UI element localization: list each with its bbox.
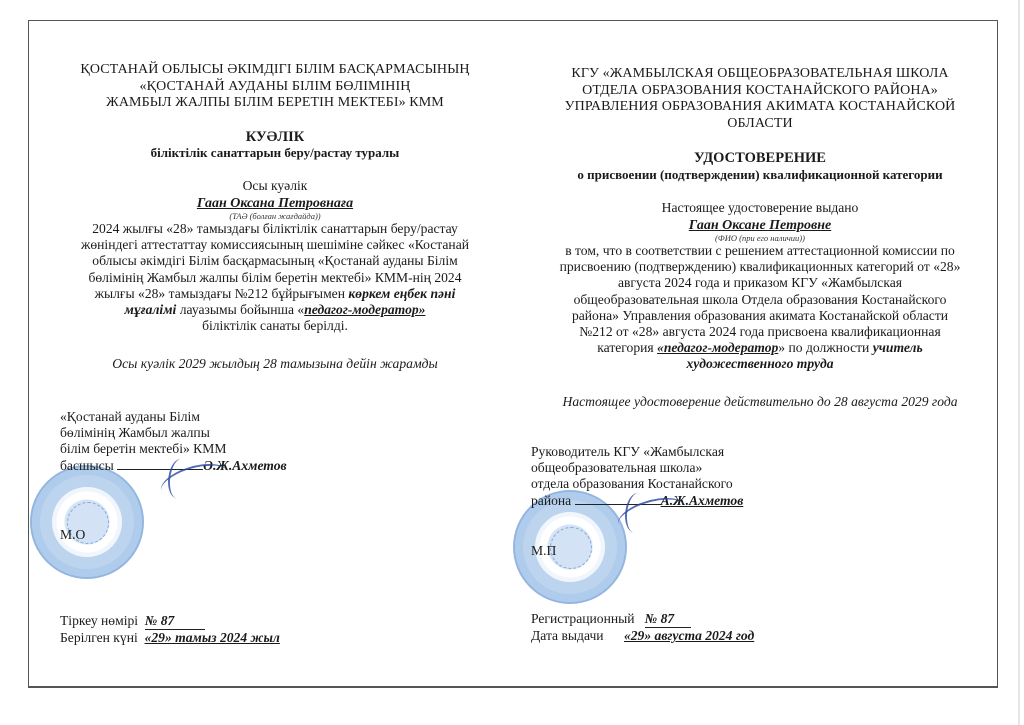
holder-name: Гаан Оксане Петровне xyxy=(689,218,831,233)
certificate-title: УДОСТОВЕРЕНИЕ xyxy=(525,150,995,167)
reg-number: № 87 xyxy=(145,613,205,630)
body-line: жөніндегі аттестаттау комиссиясының шеші… xyxy=(40,237,510,253)
body-line: бөлімінің Жамбыл жалпы білім беретін мек… xyxy=(40,270,510,286)
body-line: общеобразовательная школа Отдела образов… xyxy=(525,292,995,308)
body-line: мұғалімі лауазымы бойынша «педагог-модер… xyxy=(40,302,510,318)
body-line: августа 2024 года и приказом КГУ «Жамбыл… xyxy=(525,275,995,291)
order-text: жылғы «28» тамыздағы №212 бұйрығымен xyxy=(95,286,349,301)
name-note: (ФИО (при его наличии)) xyxy=(525,233,995,243)
body-line: в том, что в соответствии с решением атт… xyxy=(525,243,995,259)
official-stamp xyxy=(30,465,144,579)
body-line: №212 от «28» августа 2024 года присвоена… xyxy=(525,324,995,340)
signatory-line: отдела образования Костанайского xyxy=(531,476,851,492)
position-text: көркем еңбек пәні xyxy=(348,286,455,301)
position-text: учитель xyxy=(873,340,923,355)
certificate-subtitle: біліктілік санаттарын беру/растау туралы xyxy=(40,145,510,161)
signatory-role: басшысы xyxy=(60,458,114,473)
header-line: ЖАМБЫЛ ЖАЛПЫ БІЛІМ БЕРЕТІН МЕКТЕБІ» КММ xyxy=(40,95,510,112)
registration-block: Регистрационный № 87 Дата выдачи «29» ав… xyxy=(531,611,871,644)
name-note: (ТАӘ (болған жағдайда)) xyxy=(40,211,510,221)
body-line: 2024 жылғы «28» тамыздағы біліктілік сан… xyxy=(40,221,510,237)
certificate-body: в том, что в соответствии с решением атт… xyxy=(525,243,995,373)
signatory-line: «Қостанай ауданы Білім xyxy=(60,409,380,425)
issued-to-label: Осы куәлік xyxy=(40,178,510,194)
signatory-role: района xyxy=(531,493,571,508)
reg-number: № 87 xyxy=(645,611,691,628)
header-line: ҚОСТАНАЙ ОБЛЫСЫ ӘКІМДІГІ БІЛІМ БАСҚАРМАС… xyxy=(40,62,510,79)
header-line: «ҚОСТАНАЙ АУДАНЫ БІЛІМ БӨЛІМІНІҢ xyxy=(40,79,510,96)
body-line: присвоению (подтверждению) квалификацион… xyxy=(525,259,995,275)
position-text: мұғалімі xyxy=(125,302,177,317)
validity-text: Настоящее удостоверение действительно до… xyxy=(525,394,995,410)
body-line: категория «педагог-модератор» по должнос… xyxy=(525,340,995,356)
position-text: художественного труда xyxy=(525,356,995,372)
signatory-line: Руководитель КГУ «Жамбылская xyxy=(531,444,851,460)
date-label: Дата выдачи xyxy=(531,628,604,643)
body-line: жылғы «28» тамыздағы №212 бұйрығымен көр… xyxy=(40,286,510,302)
header-line: УПРАВЛЕНИЯ ОБРАЗОВАНИЯ АКИМАТА КОСТАНАЙС… xyxy=(525,99,995,116)
body-line: облысы әкімдігі Білім басқармасының «Қос… xyxy=(40,253,510,269)
issue-date: «29» августа 2024 год xyxy=(624,628,754,643)
category-text: «педагог-модератор xyxy=(657,340,778,355)
issuer-header: ҚОСТАНАЙ ОБЛЫСЫ ӘКІМДІГІ БІЛІМ БАСҚАРМАС… xyxy=(40,62,510,112)
date-label: Берілген күні xyxy=(60,630,138,645)
reg-label: Регистрационный xyxy=(531,611,635,626)
certificate-body: 2024 жылғы «28» тамыздағы біліктілік сан… xyxy=(40,221,510,334)
header-line: ОТДЕЛА ОБРАЗОВАНИЯ КОСТАНАЙСКОГО РАЙОНА» xyxy=(525,83,995,100)
issuer-header: КГУ «ЖАМБЫЛСКАЯ ОБЩЕОБРАЗОВАТЕЛЬНАЯ ШКОЛ… xyxy=(525,66,995,132)
body-line: біліктілік санаты берілді. xyxy=(40,318,510,334)
validity-text: Осы куәлік 2029 жылдың 28 тамызына дейін… xyxy=(40,356,510,372)
signatory-line: білім беретін мектебі» КММ xyxy=(60,441,380,457)
issued-to-label: Настоящее удостоверение выдано xyxy=(525,200,995,216)
signatory-line: бөлімінің Жамбыл жалпы xyxy=(60,425,380,441)
scan-edge xyxy=(1018,0,1020,725)
header-line: ОБЛАСТИ xyxy=(525,116,995,133)
seal-label: М.О xyxy=(60,527,85,543)
body-line: района» Управления образования акимата К… xyxy=(525,308,995,324)
category-prefix: категория xyxy=(597,340,657,355)
registration-block: Тіркеу нөмірі № 87 Берілген күні «29» та… xyxy=(60,613,380,646)
header-line: КГУ «ЖАМБЫЛСКАЯ ОБЩЕОБРАЗОВАТЕЛЬНАЯ ШКОЛ… xyxy=(525,66,995,83)
seal-label: М.П xyxy=(531,543,556,559)
certificate-title: КУӘЛІК xyxy=(40,129,510,146)
issue-date: «29» тамыз 2024 жыл xyxy=(145,630,280,645)
category-suffix: » по должности xyxy=(778,340,872,355)
signatory-line: общеобразовательная школа» xyxy=(531,460,851,476)
holder-name: Гаан Оксана Петровнаға xyxy=(197,196,353,211)
reg-label: Тіркеу нөмірі xyxy=(60,613,138,628)
position-suffix: лауазымы бойынша « xyxy=(176,302,304,317)
certificate-subtitle: о присвоении (подтверждении) квалификаци… xyxy=(525,167,995,183)
signatory-block: Руководитель КГУ «Жамбылская общеобразов… xyxy=(531,444,851,509)
category-text: педагог-модератор» xyxy=(304,302,425,317)
